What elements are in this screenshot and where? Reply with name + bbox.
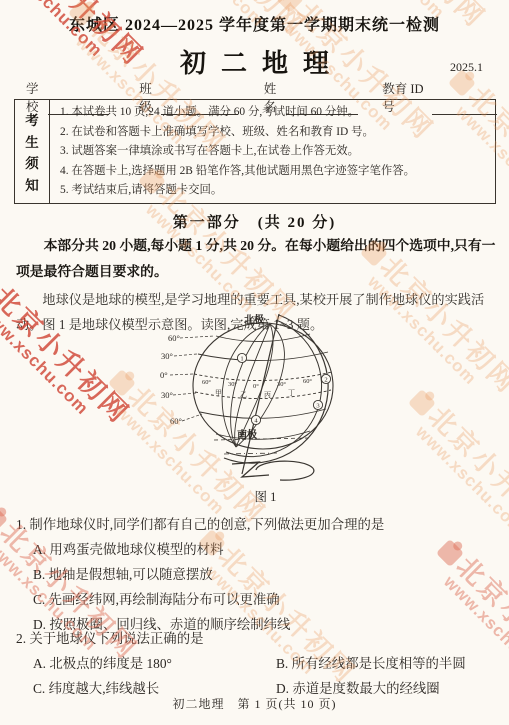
question-2-option-b: B. 所有经线都是长度相等的半圆: [276, 651, 499, 676]
option-key: D.: [276, 681, 289, 696]
exam-header-title: 东城区 2024—2025 学年度第一学期期末统一检测: [0, 12, 509, 35]
option-key: B.: [33, 567, 45, 582]
exam-date: 2025.1: [450, 60, 483, 75]
question-2-stem: 2. 关于地球仪下列说法正确的是: [16, 626, 499, 651]
option-key: A.: [33, 542, 46, 557]
question-stem-text: 关于地球仪下列说法正确的是: [29, 631, 203, 646]
lat-label: 0°: [160, 370, 168, 380]
notice-item: 1. 本试卷共 10 页,24 道小题。满分 60 分,考试时间 60 分钟。: [60, 103, 485, 123]
notice-item: 5. 考试结束后,请将答题卡交回。: [60, 181, 485, 201]
notice-side-char: 须: [25, 152, 39, 172]
notice-item: 3. 试题答案一律填涂或书写在答题卡上,在试卷上作答无效。: [60, 142, 485, 162]
site-logo-icon: [408, 389, 436, 417]
lon-label: 30°: [277, 381, 286, 388]
lon-label: 30°: [228, 381, 237, 388]
section-intro: 本部分共 20 小题,每小题 1 分,共 20 分。在每小题给出的四个选项中,只…: [16, 233, 497, 285]
zone-label: 甲: [215, 389, 222, 397]
notice-box: 考 生 须 知 1. 本试卷共 10 页,24 道小题。满分 60 分,考试时间…: [14, 99, 496, 204]
point-marker-4: 4: [251, 415, 260, 424]
zone-label: 丁: [288, 389, 295, 397]
question-2-option-a: A. 北极点的纬度是 180°: [33, 651, 276, 676]
site-logo-icon: [108, 369, 136, 397]
option-key: C.: [33, 681, 45, 696]
lat-label: 60°: [170, 416, 182, 426]
option-key: B.: [276, 656, 288, 671]
lat-label: 30°: [161, 351, 173, 361]
option-key: C.: [33, 592, 45, 607]
notice-item: 2. 在试卷和答题卡上准确填写学校、班级、姓名和教育 ID 号。: [60, 123, 485, 143]
option-text: 用鸡蛋壳做地球仪模型的材料: [49, 542, 223, 557]
figure-caption: 图 1: [158, 487, 373, 505]
subject-title: 初二地理: [0, 43, 509, 80]
option-text: 先画经纬网,再绘制海陆分布可以更准确: [49, 592, 280, 607]
question-1-option-b: B. 地轴是假想轴,可以随意摆放: [16, 562, 499, 587]
lat-label: 30°: [161, 390, 173, 400]
question-number: 1.: [16, 517, 26, 532]
option-text: 所有经线都是长度相等的半圆: [292, 656, 466, 671]
lon-label: 60°: [303, 378, 312, 385]
point-marker-1: 1: [237, 353, 246, 362]
question-1: 1. 制作地球仪时,同学们都有自己的创意,下列做法更加合理的是 A. 用鸡蛋壳做…: [16, 512, 499, 637]
question-stem-text: 制作地球仪时,同学们都有自己的创意,下列做法更加合理的是: [29, 517, 384, 532]
zone-label: 丙: [264, 391, 271, 399]
question-1-option-a: A. 用鸡蛋壳做地球仪模型的材料: [16, 537, 499, 562]
option-key: A.: [33, 656, 46, 671]
question-1-stem: 1. 制作地球仪时,同学们都有自己的创意,下列做法更加合理的是: [16, 512, 499, 537]
site-logo-icon: [0, 505, 8, 533]
lon-label: 0°: [253, 383, 259, 390]
notice-side-char: 考: [25, 109, 39, 129]
globe-diagram: 北极 南极 60° 30° 0° 30° 60° 60° 30° 0° 30° …: [158, 314, 373, 486]
option-text: 赤道是度数最大的经线圈: [292, 681, 439, 696]
notice-side-label: 考 生 须 知: [15, 100, 50, 203]
zone-label: 乙: [240, 391, 247, 399]
svg-text:1: 1: [240, 356, 243, 363]
option-text: 地轴是假想轴,可以随意摆放: [49, 567, 213, 582]
page-footer: 初二地理 第 1 页(共 10 页): [0, 695, 509, 712]
notice-item: 4. 在答题卡上,选择题用 2B 铅笔作答,其他试题用黑色字迹签字笔作答。: [60, 162, 485, 182]
notice-items: 1. 本试卷共 10 页,24 道小题。满分 60 分,考试时间 60 分钟。 …: [50, 100, 495, 203]
point-marker-2: 2: [321, 374, 330, 383]
south-pole-label: 南极: [237, 428, 257, 441]
option-text: 北极点的纬度是 180°: [49, 656, 172, 671]
question-2: 2. 关于地球仪下列说法正确的是 A. 北极点的纬度是 180° B. 所有经线…: [16, 626, 499, 701]
notice-side-char: 知: [25, 174, 39, 194]
north-pole-label: 北极: [244, 314, 264, 326]
question-1-option-c: C. 先画经纬网,再绘制海陆分布可以更准确: [16, 587, 499, 612]
lat-label: 60°: [168, 333, 180, 343]
point-marker-3: 3: [313, 400, 322, 409]
lon-label: 60°: [202, 379, 211, 386]
section-title: 第一部分 (共 20 分): [0, 211, 509, 232]
exam-paper-page: 北京小升初网 www.xschu.com 北京小升初网 www.xschu.co…: [0, 0, 509, 725]
question-number: 2.: [16, 631, 26, 646]
option-text: 纬度越大,纬线越长: [49, 681, 159, 696]
svg-text:2: 2: [324, 377, 327, 384]
globe-figure: 北极 南极 60° 30° 0° 30° 60° 60° 30° 0° 30° …: [158, 314, 373, 505]
notice-side-char: 生: [25, 131, 39, 151]
